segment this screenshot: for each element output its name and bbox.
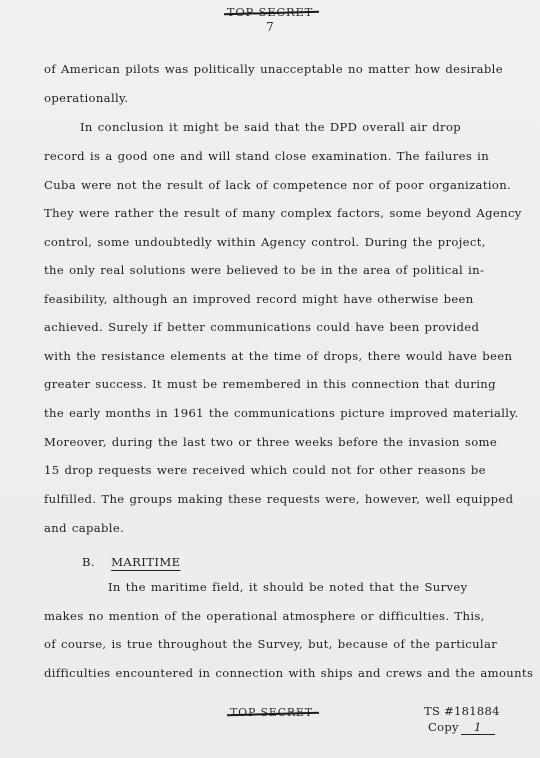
paragraph-start-line: In the maritime field, it should be note… bbox=[108, 580, 468, 594]
body-line: greater success. It must be remembered i… bbox=[44, 377, 496, 391]
section-heading: B. MARITIME bbox=[82, 555, 181, 569]
body-line: record is a good one and will stand clos… bbox=[44, 149, 489, 163]
body-line: operationally. bbox=[44, 91, 128, 105]
classification-text: TOP SECRET bbox=[227, 5, 313, 19]
body-line: the early months in 1961 the communicati… bbox=[44, 406, 519, 420]
copy-number: Copy1 bbox=[428, 720, 495, 735]
body-line: Moreover, during the last two or three w… bbox=[44, 435, 497, 449]
section-letter: B. bbox=[82, 555, 95, 569]
body-line: with the resistance elements at the time… bbox=[44, 349, 512, 363]
page-number: 7 bbox=[0, 20, 540, 34]
body-line: and capable. bbox=[44, 521, 124, 535]
body-line: control, some undoubtedly within Agency … bbox=[44, 235, 486, 249]
body-line: Cuba were not the result of lack of comp… bbox=[44, 178, 511, 192]
body-line: fulfilled. The groups making these reque… bbox=[44, 492, 513, 506]
copy-label: Copy bbox=[428, 720, 459, 734]
body-line: 15 drop requests were received which cou… bbox=[44, 463, 486, 477]
body-line: of American pilots was politically unacc… bbox=[44, 62, 503, 76]
body-line: the only real solutions were believed to… bbox=[44, 263, 484, 277]
body-line: achieved. Surely if better communication… bbox=[44, 320, 479, 334]
body-line: of course, is true throughout the Survey… bbox=[44, 637, 497, 651]
classification-marking-bottom: TOP SECRET bbox=[230, 706, 313, 719]
paragraph-start-line: In conclusion it might be said that the … bbox=[80, 120, 461, 134]
body-line: makes no mention of the operational atmo… bbox=[44, 609, 485, 623]
body-line: They were rather the result of many comp… bbox=[44, 206, 522, 220]
classification-text: TOP SECRET bbox=[230, 706, 313, 719]
classification-marking-top: TOP SECRET bbox=[0, 5, 540, 19]
section-title: MARITIME bbox=[111, 555, 180, 569]
body-line: difficulties encountered in connection w… bbox=[44, 666, 533, 680]
document-page: TOP SECRET 7 of American pilots was poli… bbox=[0, 0, 540, 758]
ts-control-number: TS #181884 bbox=[424, 704, 500, 718]
copy-value: 1 bbox=[461, 720, 495, 735]
body-line: feasibility, although an improved record… bbox=[44, 292, 474, 306]
